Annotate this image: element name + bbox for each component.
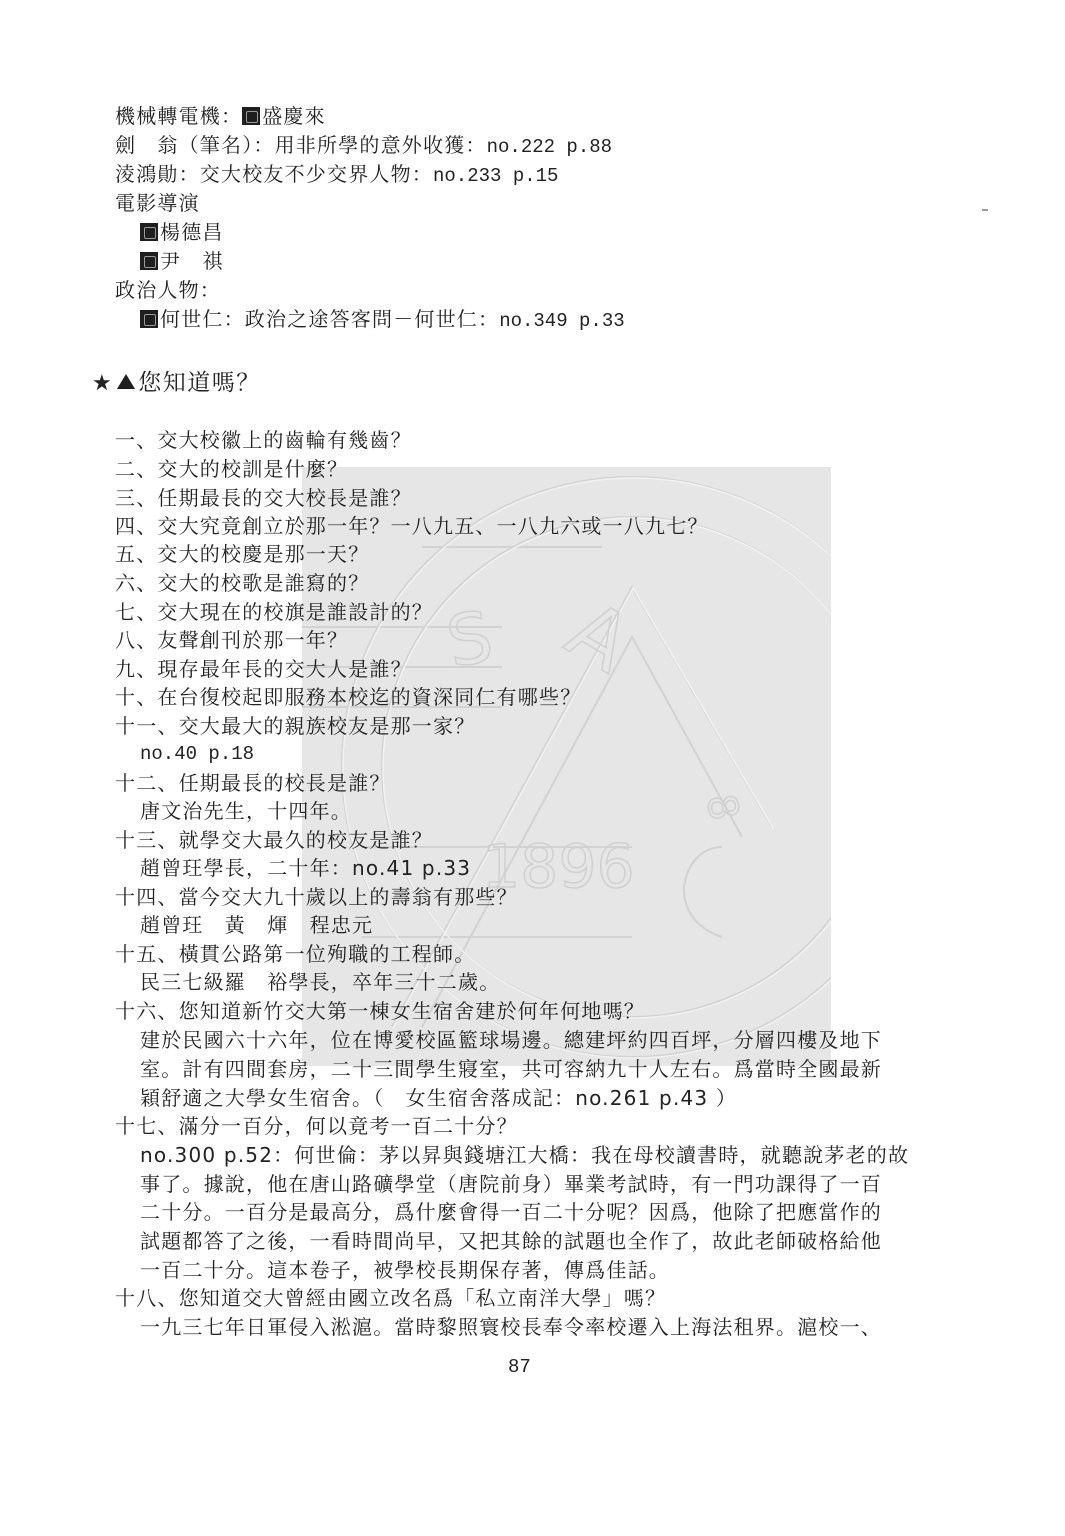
question-text: 三、任期最長的交大校長是誰？ [115, 486, 412, 510]
answer-11: no.40 p.18 [140, 741, 254, 767]
line-yang-dechang: 楊德昌 [140, 219, 224, 245]
question-text: 十四、當今交大九十歲以上的壽翁有那些？ [115, 885, 518, 909]
question-18: 十八、您知道交大曾經由國立改名爲「私立南洋大學」嗎？ [115, 1285, 666, 1311]
page-number: 87 [508, 1356, 531, 1378]
question-2: 二、交大的校訓是什麼？ [115, 456, 348, 482]
answer-text: 室。計有四間套房，二十三間學生寢室，共可容納九十人左右。爲當時全國最新 [140, 1057, 882, 1081]
entry-text: 劍 翁（筆名）：用非所學的意外收獲： [115, 133, 487, 157]
question-4: 四、交大究竟創立於那一年？一八九五、一八九六或一八九七？ [115, 513, 709, 539]
tag-icon [140, 223, 158, 241]
question-1: 一、交大校徽上的齒輪有幾齒？ [115, 427, 412, 453]
answer-text: no.300 p.52：何世倫：茅以昇與錢塘江大橋：我在母校讀書時，就聽說茅老的… [140, 1143, 909, 1167]
question-11: 十一、交大最大的親族校友是那一家？ [115, 713, 475, 739]
answer-15: 民三七級羅 裕學長，卒年三十二歲。 [140, 969, 500, 995]
answer-text: 一九三七年日軍侵入淞滬。當時黎照寰校長奉令率校遷入上海法租界。滬校一、 [140, 1315, 882, 1339]
scan-speck [982, 209, 988, 211]
category-label: 機械轉電機： [115, 104, 242, 128]
answer-17-line-4: 試題都答了之後，一看時間尚早，又把其餘的試題也全作了，故此老師破格給他 [140, 1228, 882, 1254]
answer-text: 一百二十分。這本卷子，被學校長期保存著，傳爲佳話。 [140, 1258, 670, 1282]
question-7: 七、交大現在的校旗是誰設計的？ [115, 599, 433, 625]
question-9: 九、現存最年長的交大人是誰？ [115, 656, 412, 682]
entry-text: 何世仁：政治之途答客問－何世仁： [160, 307, 499, 331]
answer-text: 建於民國六十六年，位在博愛校區籃球場邊。總建坪約四百坪，分層四樓及地下 [140, 1028, 882, 1052]
question-text: 十、在台復校起即服務本校迄的資深同仁有哪些？ [115, 685, 581, 709]
question-16: 十六、您知道新竹交大第一棟女生宿舍建於何年何地嗎？ [115, 998, 645, 1024]
question-text: 七、交大現在的校旗是誰設計的？ [115, 600, 433, 624]
question-15: 十五、橫貫公路第一位殉職的工程師。 [115, 941, 475, 967]
question-text: 十三、就學交大最久的校友是誰？ [115, 828, 433, 852]
issue-reference: no.349 p.33 [499, 310, 624, 332]
star-icon: ★ [92, 371, 113, 396]
answer-16-line-3: 穎舒適之大學女生宿舍。（ 女生宿舍落成記：no.261 p.43 ） [140, 1085, 737, 1111]
answer-16-line-1: 建於民國六十六年，位在博愛校區籃球場邊。總建坪約四百坪，分層四樓及地下 [140, 1027, 882, 1053]
section-heading: ★您知道嗎？ [92, 368, 261, 399]
question-text: 十七、滿分一百分，何以竟考一百二十分？ [115, 1114, 518, 1138]
answer-17-line-3: 二十分。一百分是最高分，爲什麼會得一百二十分呢？因爲，他除了把應當作的 [140, 1199, 882, 1225]
person-name: 盛慶來 [262, 104, 326, 128]
answer-14: 趙曾玨 黃 煇 程忠元 [140, 912, 373, 938]
answer-13: 趙曾玨學長，二十年：no.41 p.33 [140, 855, 471, 881]
person-name: 尹 祺 [160, 249, 224, 273]
question-text: 十八、您知道交大曾經由國立改名爲「私立南洋大學」嗎？ [115, 1286, 666, 1310]
heading-title: 您知道嗎？ [138, 370, 261, 396]
svg-text:S: S [441, 595, 499, 683]
answer-text: 趙曾玨 黃 煇 程忠元 [140, 913, 373, 937]
answer-17-line-2: 事了。據說，他在唐山路礦學堂（唐院前身）畢業考試時，有一門功課得了一百 [140, 1171, 882, 1197]
answer-text: 趙曾玨學長，二十年：no.41 p.33 [140, 856, 471, 880]
question-10: 十、在台復校起即服務本校迄的資深同仁有哪些？ [115, 684, 581, 710]
answer-text: 二十分。一百分是最高分，爲什麼會得一百二十分呢？因爲，他除了把應當作的 [140, 1200, 882, 1224]
answer-12: 唐文治先生，十四年。 [140, 798, 352, 824]
question-3: 三、任期最長的交大校長是誰？ [115, 485, 412, 511]
question-17: 十七、滿分一百分，何以竟考一百二十分？ [115, 1113, 518, 1139]
tag-icon [242, 107, 260, 125]
answer-text: 試題都答了之後，一看時間尚早，又把其餘的試題也全作了，故此老師破格給他 [140, 1229, 882, 1253]
answer-text: 事了。據說，他在唐山路礦學堂（唐院前身）畢業考試時，有一門功課得了一百 [140, 1172, 882, 1196]
issue-reference: no.40 p.18 [140, 743, 254, 765]
line-yin-qi: 尹 祺 [140, 248, 224, 274]
answer-16-line-2: 室。計有四間套房，二十三間學生寢室，共可容納九十人左右。爲當時全國最新 [140, 1056, 882, 1082]
tag-icon [140, 310, 158, 328]
answer-18-line-1: 一九三七年日軍侵入淞滬。當時黎照寰校長奉令率校遷入上海法租界。滬校一、 [140, 1314, 882, 1340]
question-6: 六、交大的校歌是誰寫的？ [115, 570, 369, 596]
answer-17-line-1: no.300 p.52：何世倫：茅以昇與錢塘江大橋：我在母校讀書時，就聽說茅老的… [140, 1142, 909, 1168]
question-text: 六、交大的校歌是誰寫的？ [115, 571, 369, 595]
category-label: 政治人物： [115, 278, 221, 302]
line-film-director-heading: 電影導演 [115, 190, 200, 216]
issue-reference: no.222 p.88 [487, 136, 612, 158]
answer-text: 民三七級羅 裕學長，卒年三十二歲。 [140, 970, 500, 994]
question-text: 二、交大的校訓是什麼？ [115, 457, 348, 481]
question-14: 十四、當今交大九十歲以上的壽翁有那些？ [115, 884, 518, 910]
question-text: 十二、任期最長的校長是誰？ [115, 771, 391, 795]
tag-icon [140, 252, 158, 270]
question-12: 十二、任期最長的校長是誰？ [115, 770, 391, 796]
question-text: 十五、橫貫公路第一位殉職的工程師。 [115, 942, 475, 966]
question-8: 八、友聲創刊於那一年？ [115, 627, 348, 653]
question-text: 九、現存最年長的交大人是誰？ [115, 657, 412, 681]
issue-reference: no.233 p.15 [433, 165, 558, 187]
question-text: 十一、交大最大的親族校友是那一家？ [115, 714, 475, 738]
line-mechanical-to-electrical: 機械轉電機：盛慶來 [115, 103, 326, 129]
question-text: 一、交大校徽上的齒輪有幾齒？ [115, 428, 412, 452]
person-name: 楊德昌 [160, 220, 224, 244]
question-text: 十六、您知道新竹交大第一棟女生宿舍建於何年何地嗎？ [115, 999, 645, 1023]
question-5: 五、交大的校慶是那一天？ [115, 541, 369, 567]
entry-text: 淩鴻勛：交大校友不少交界人物： [115, 162, 433, 186]
triangle-icon [117, 374, 135, 389]
question-text: 八、友聲創刊於那一年？ [115, 628, 348, 652]
line-politician-heading: 政治人物： [115, 277, 221, 303]
answer-17-line-5: 一百二十分。這本卷子，被學校長期保存著，傳爲佳話。 [140, 1257, 670, 1283]
answer-text: 唐文治先生，十四年。 [140, 799, 352, 823]
line-ling-hongxun: 淩鴻勛：交大校友不少交界人物：no.233 p.15 [115, 161, 558, 189]
question-13: 十三、就學交大最久的校友是誰？ [115, 827, 433, 853]
svg-text:8: 8 [697, 791, 747, 824]
category-label: 電影導演 [115, 191, 200, 215]
document-page: 1896 S A 8 機械轉電機：盛慶來 劍 翁（筆名）：用非所學的意外收獲：n… [0, 0, 1065, 1536]
question-text: 四、交大究竟創立於那一年？一八九五、一八九六或一八九七？ [115, 514, 709, 538]
answer-text: 穎舒適之大學女生宿舍。（ 女生宿舍落成記：no.261 p.43 ） [140, 1086, 737, 1110]
line-he-shiren: 何世仁：政治之途答客問－何世仁：no.349 p.33 [140, 306, 625, 334]
question-text: 五、交大的校慶是那一天？ [115, 542, 369, 566]
line-jian-weng: 劍 翁（筆名）：用非所學的意外收獲：no.222 p.88 [115, 132, 612, 160]
